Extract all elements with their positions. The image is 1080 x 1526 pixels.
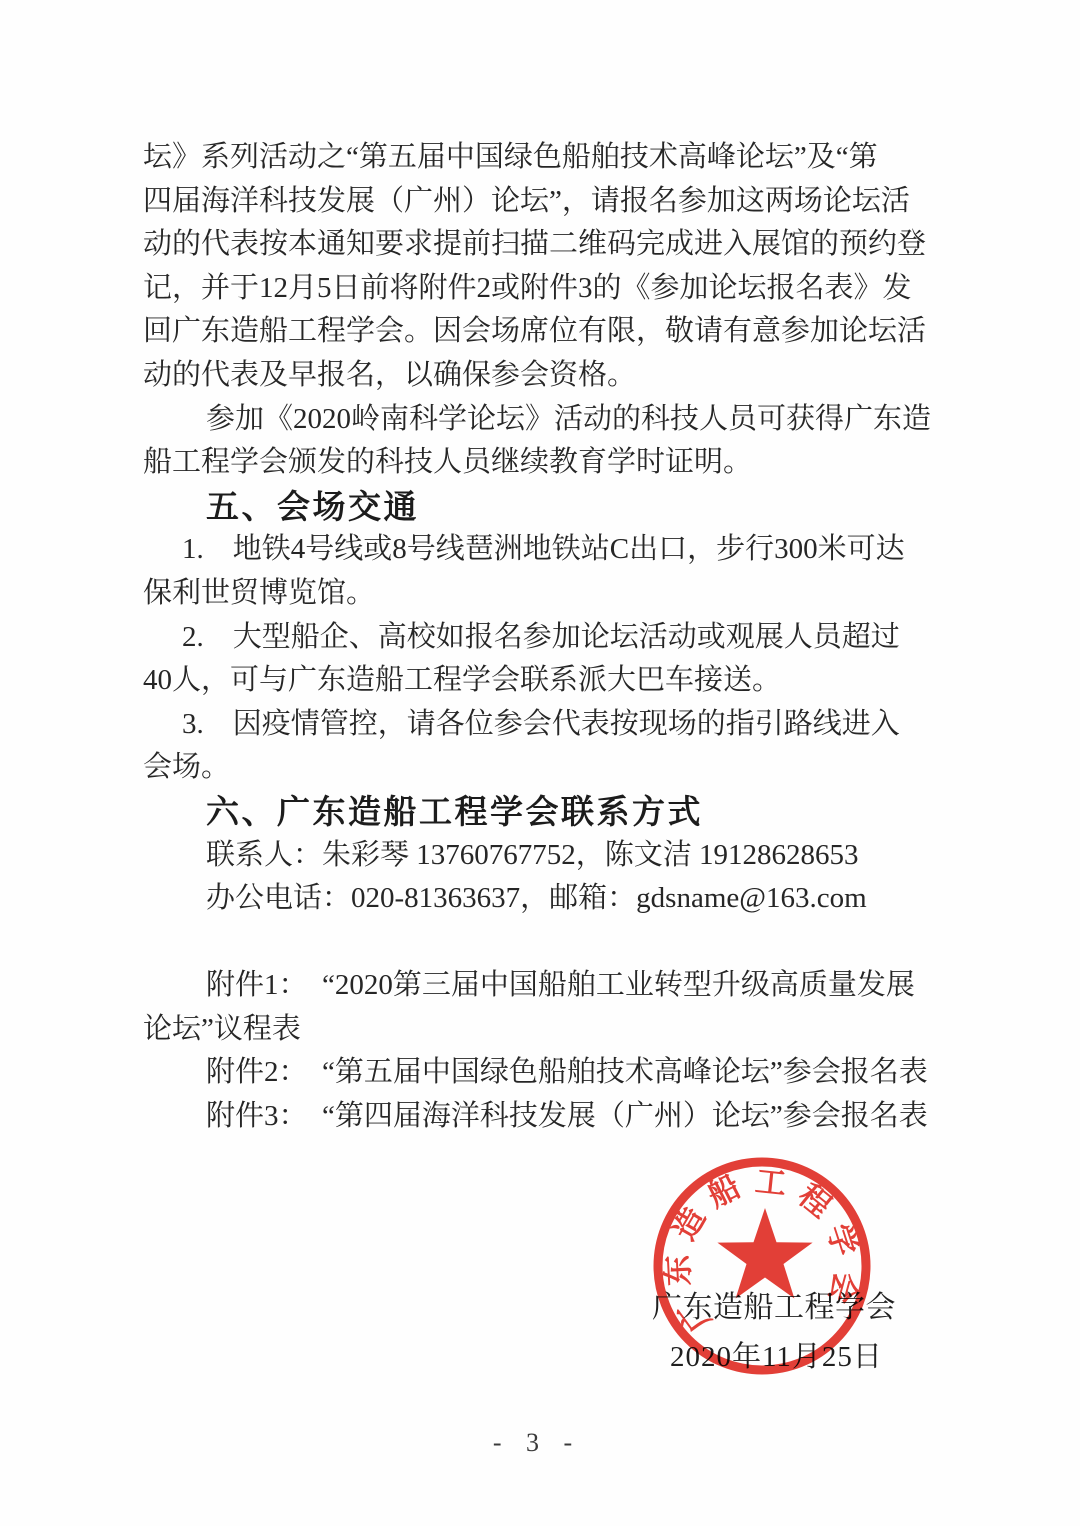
document-body: 坛》系列活动之“第五届中国绿色船舶技术高峰论坛”及“第 四届海洋科技发展（广州）… [143, 136, 943, 1139]
section-heading-contact: 六、广东造船工程学会联系方式 [143, 790, 943, 834]
doc-line: 四届海洋科技发展（广州）论坛”，请报名参加这两场论坛活 [143, 180, 943, 224]
doc-line: 回广东造船工程学会。因会场席位有限，敬请有意参加论坛活 [143, 310, 943, 354]
section-heading-venue-traffic: 五、会场交通 [143, 485, 943, 529]
attachment-1-line-cont: 论坛”议程表 [143, 1008, 943, 1052]
doc-line: 参加《2020岭南科学论坛》活动的科技人员可获得广东造 [143, 398, 943, 442]
seal-char: 东 [660, 1254, 697, 1287]
seal-char: 工 [754, 1163, 788, 1201]
contact-person-line: 联系人：朱彩琴 13760767752，陈文洁 19128628653 [143, 834, 943, 878]
doc-line: 保利世贸博览馆。 [143, 572, 943, 616]
doc-line: 2. 大型船企、高校如报名参加论坛活动或观展人员超过 [143, 616, 943, 660]
doc-line: 1. 地铁4号线或8号线琶洲地铁站C出口，步行300米可达 [143, 528, 943, 572]
doc-line: 坛》系列活动之“第五届中国绿色船舶技术高峰论坛”及“第 [143, 136, 943, 180]
page-number: - 3 - [0, 1428, 1074, 1458]
attachment-1-line: 附件1： “2020第三届中国船舶工业转型升级高质量发展 [143, 964, 943, 1008]
document-page: 坛》系列活动之“第五届中国绿色船舶技术高峰论坛”及“第 四届海洋科技发展（广州）… [0, 0, 1080, 1526]
doc-line: 动的代表及早报名，以确保参会资格。 [143, 354, 943, 398]
star-icon [717, 1208, 812, 1299]
doc-line: 记，并于12月5日前将附件2或附件3的《参加论坛报名表》发 [143, 267, 943, 311]
official-seal-stamp: 广 东 造 船 工 程 学 会 [642, 1146, 882, 1386]
doc-line: 40人，可与广东造船工程学会联系派大巴车接送。 [143, 659, 943, 703]
doc-line: 会场。 [143, 746, 943, 790]
seal-char: 会 [822, 1268, 864, 1307]
contact-phone-line: 办公电话：020-81363637，邮箱：gdsname@163.com [143, 877, 943, 921]
doc-line: 船工程学会颁发的科技人员继续教育学时证明。 [143, 441, 943, 485]
doc-line: 动的代表按本通知要求提前扫描二维码完成进入展馆的预约登 [143, 223, 943, 267]
attachment-2-line: 附件2： “第五届中国绿色船舶技术高峰论坛”参会报名表 [143, 1051, 943, 1095]
doc-line: 3. 因疫情管控，请各位参会代表按现场的指引路线进入 [143, 703, 943, 747]
attachment-3-line: 附件3： “第四届海洋科技发展（广州）论坛”参会报名表 [143, 1095, 943, 1139]
blank-line [143, 921, 943, 965]
